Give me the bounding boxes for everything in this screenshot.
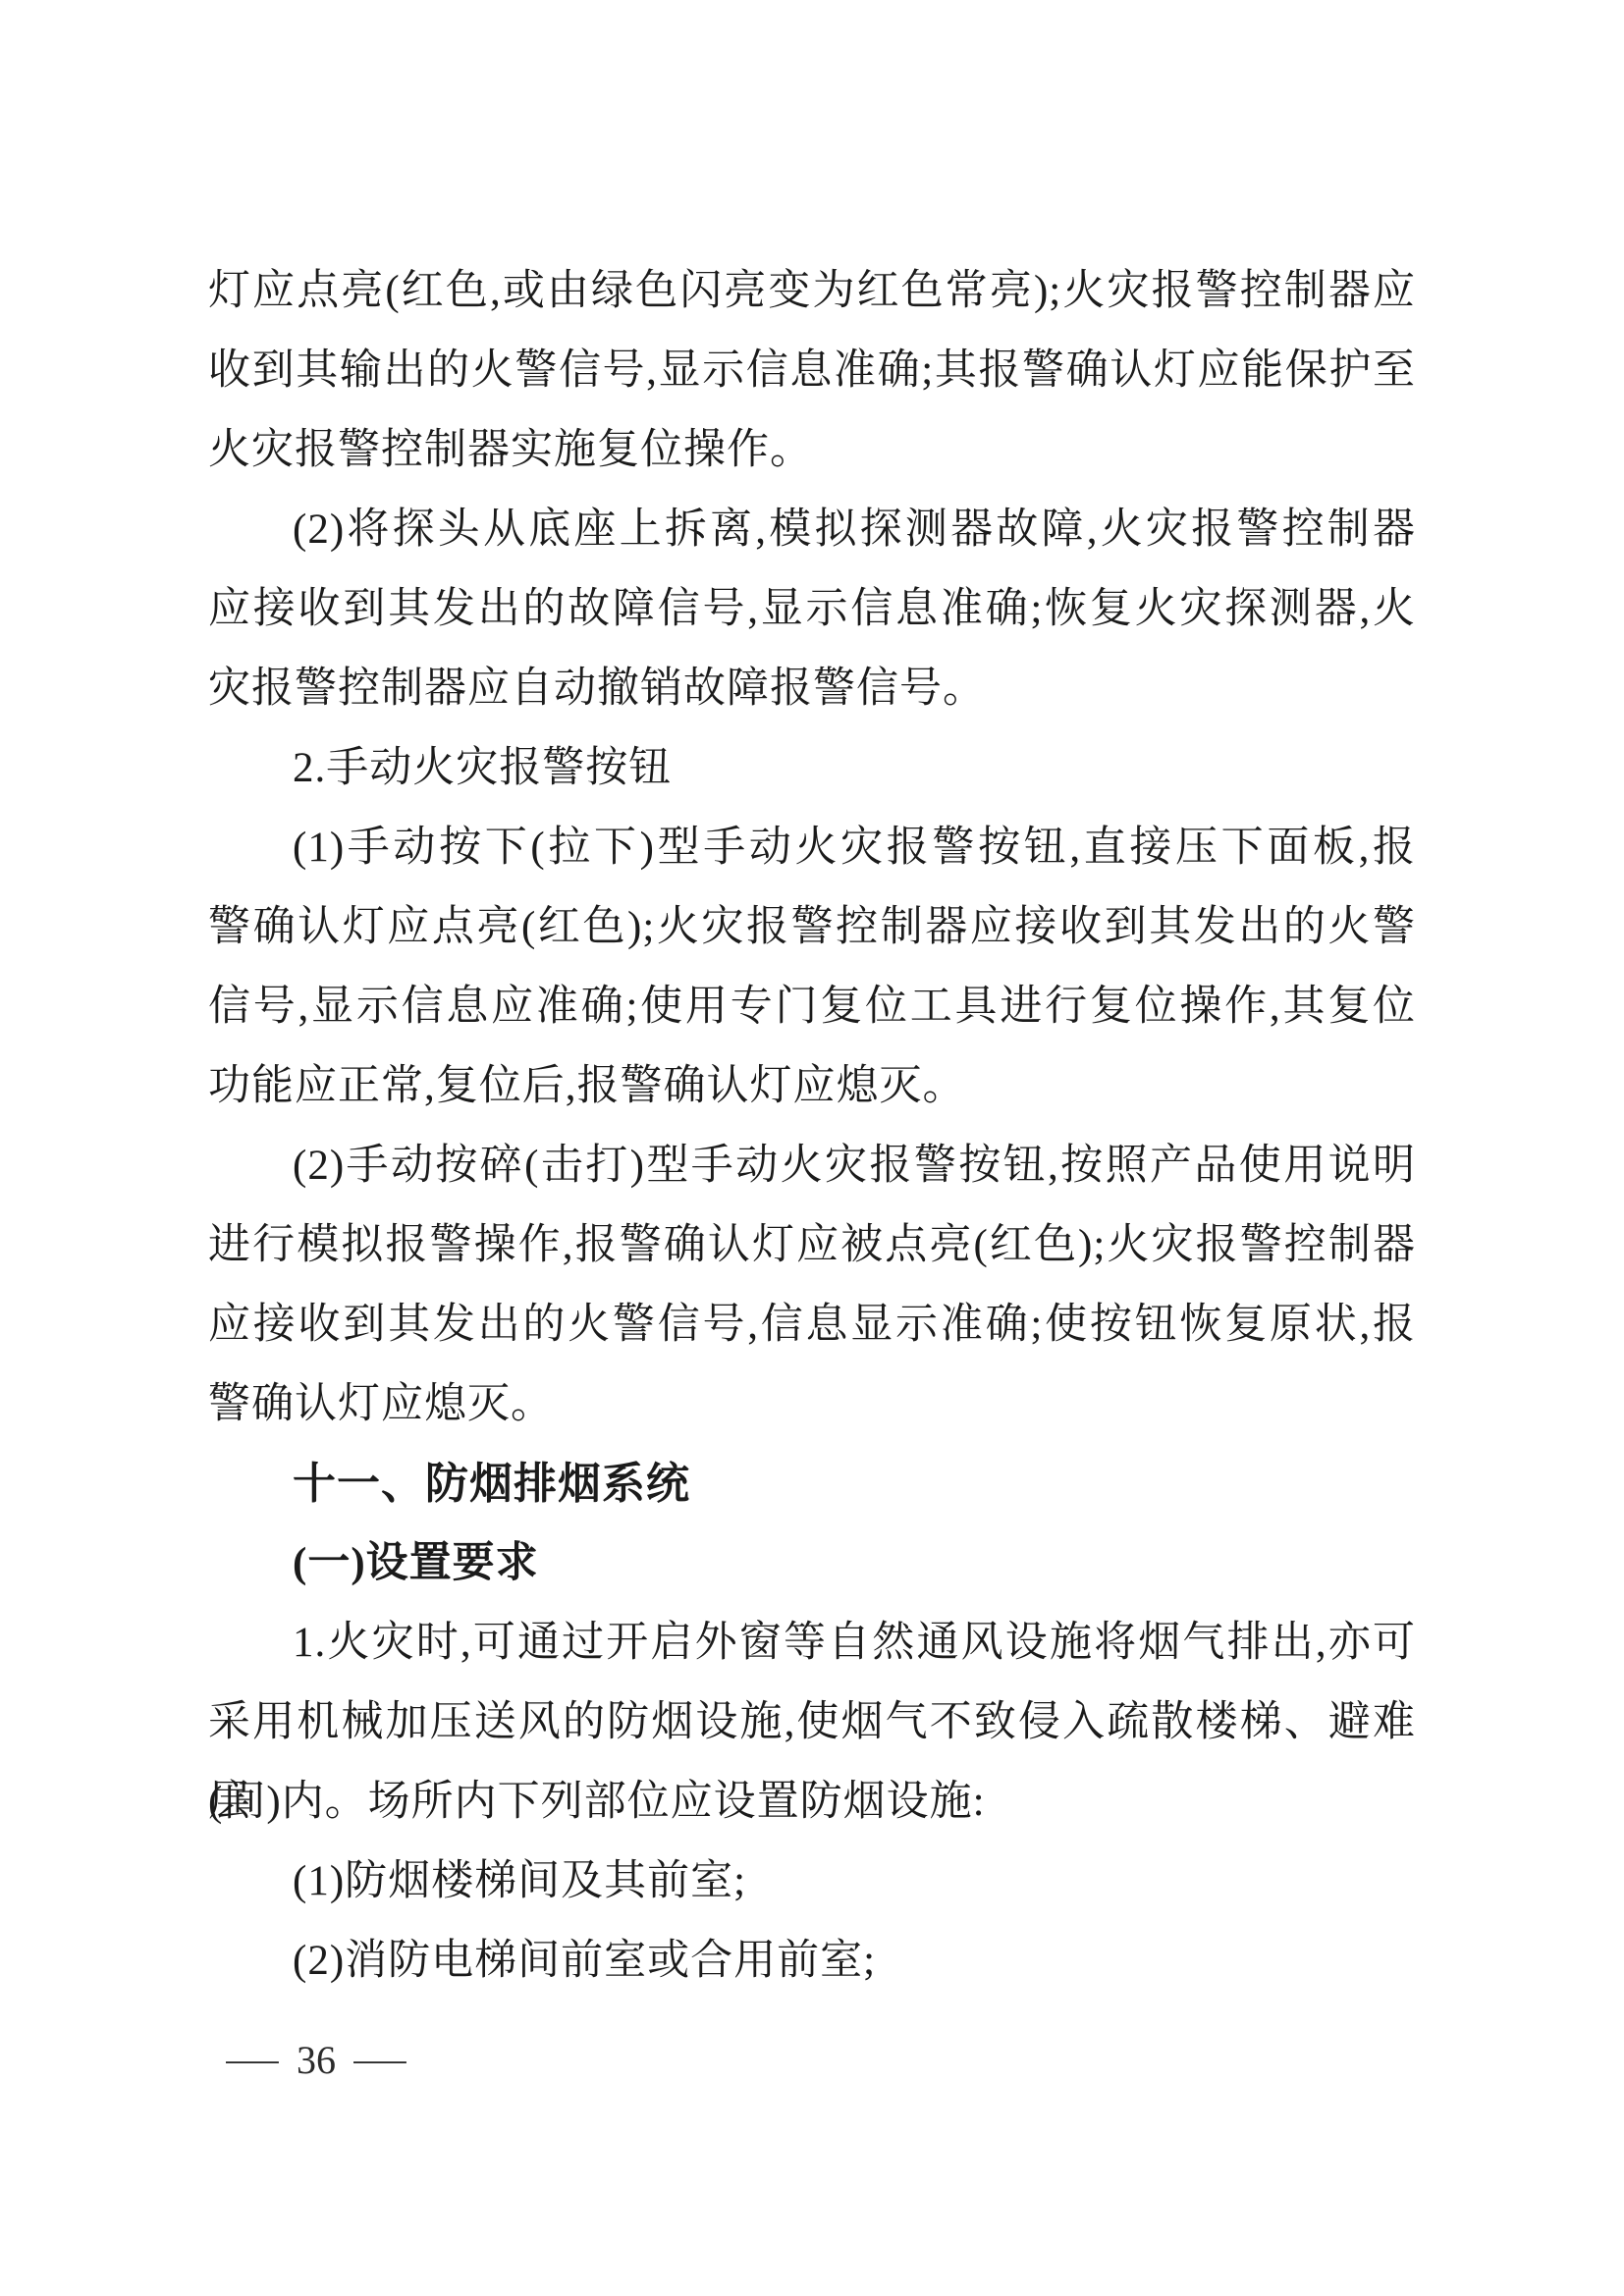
text-line: 进行模拟报警操作,报警确认灯应被点亮(红色);火灾报警控制器 <box>208 1205 1416 1285</box>
text-line: 灾报警控制器应自动撤销故障报警信号。 <box>208 649 1416 728</box>
document-page: 灯应点亮(红色,或由绿色闪亮变为红色常亮);火灾报警控制器应收到其输出的火警信号… <box>0 0 1624 2296</box>
text-line: (间)内。场所内下列部位应设置防烟设施: <box>208 1762 1416 1842</box>
text-line: (2)手动按碎(击打)型手动火灾报警按钮,按照产品使用说明 <box>208 1126 1416 1205</box>
text-line: (2)消防电梯间前室或合用前室; <box>208 1921 1416 2001</box>
text-line: (1)防烟楼梯间及其前室; <box>208 1842 1416 1921</box>
text-line: (1)手动按下(拉下)型手动火灾报警按钮,直接压下面板,报 <box>208 808 1416 887</box>
text-line: 1.火灾时,可通过开启外窗等自然通风设施将烟气排出,亦可 <box>208 1603 1416 1682</box>
page-number: 36 <box>297 2037 336 2083</box>
text-line: 应接收到其发出的火警信号,信息显示准确;使按钮恢复原状,报 <box>208 1285 1416 1364</box>
text-line: 收到其输出的火警信号,显示信息准确;其报警确认灯应能保护至 <box>208 331 1416 410</box>
text-line: (2)将探头从底座上拆离,模拟探测器故障,火灾报警控制器 <box>208 490 1416 569</box>
footer-dash-left: — <box>226 2038 278 2081</box>
text-line: 2.手动火灾报警按钮 <box>208 728 1416 808</box>
document-body: 灯应点亮(红色,或由绿色闪亮变为红色常亮);火灾报警控制器应收到其输出的火警信号… <box>208 251 1416 2001</box>
footer-dash-right: — <box>353 2038 406 2081</box>
text-line: 灯应点亮(红色,或由绿色闪亮变为红色常亮);火灾报警控制器应 <box>208 251 1416 331</box>
text-line: 应接收到其发出的故障信号,显示信息准确;恢复火灾探测器,火 <box>208 569 1416 649</box>
text-line: 信号,显示信息应准确;使用专门复位工具进行复位操作,其复位 <box>208 967 1416 1046</box>
text-line: 采用机械加压送风的防烟设施,使烟气不致侵入疏散楼梯、避难层 <box>208 1682 1416 1762</box>
subsection-heading: (一)设置要求 <box>208 1523 1416 1603</box>
section-heading: 十一、防烟排烟系统 <box>208 1444 1416 1523</box>
text-line: 警确认灯应熄灭。 <box>208 1364 1416 1444</box>
text-line: 功能应正常,复位后,报警确认灯应熄灭。 <box>208 1046 1416 1126</box>
page-footer: — 36 — <box>234 2034 399 2085</box>
text-line: 警确认灯应点亮(红色);火灾报警控制器应接收到其发出的火警 <box>208 887 1416 967</box>
text-line: 火灾报警控制器实施复位操作。 <box>208 410 1416 490</box>
